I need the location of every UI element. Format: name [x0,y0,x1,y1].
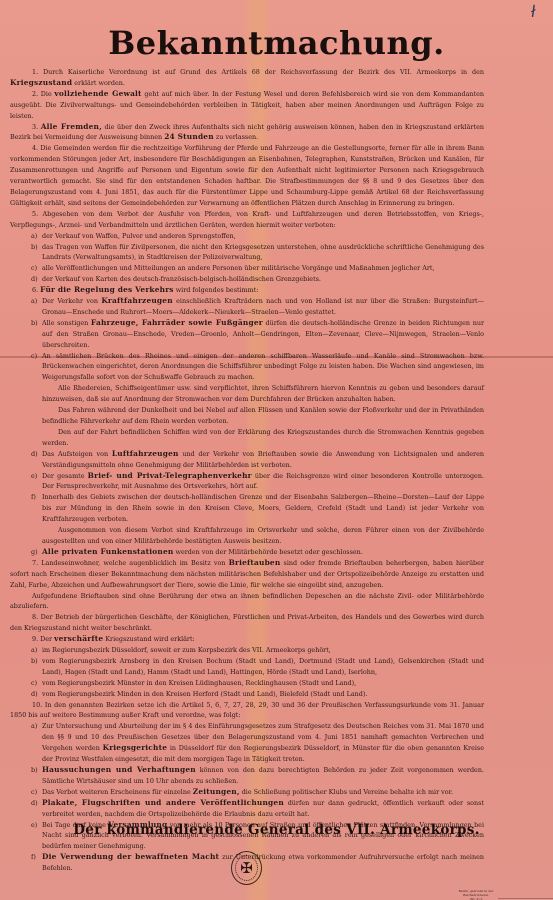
body-text: der Verkauf von Waffen, Pulver und ander… [42,232,236,240]
body-text: Kriegszustand wird erklärt: [103,635,194,643]
body-text: 7. Landeseinwohner, welche augenblicklic… [32,559,229,567]
body-text: Ausgenommen von diesem Verbot sind Kraft… [42,526,484,545]
body-text: Der gesamte [42,472,88,480]
proclamation-body: 1. Durch Kaiserliche Verordnung ist auf … [10,67,484,874]
paragraph: 2. Die vollziehende Gewalt geht auf mich… [10,89,484,122]
emphasis-text: Brieftauben [229,558,281,567]
body-text: Alle sonstigen [42,319,91,327]
seal-ring [235,855,258,881]
body-text: die Schließung politischer Klubs und Ver… [240,788,453,796]
body-text: 5. Abgesehen von dem Verbot der Ausfuhr … [10,210,484,229]
list-item: e)Der gesamte Brief- und Privat-Telegrap… [10,471,484,493]
paragraph: 1. Durch Kaiserliche Verordnung ist auf … [10,67,484,89]
item-label: e) [31,471,37,482]
emphasis-text: Haussuchungen und Verhaftungen [42,765,196,774]
emphasis-text: Brief- und Privat-Telegraphenverkehr [88,471,252,480]
item-label: f) [31,492,36,503]
emphasis-text: Alle privaten Funkenstationen [42,547,173,556]
emphasis-text: Die Verwendung der bewaffneten Macht [42,852,219,861]
item-label: f) [31,852,36,863]
emphasis-text: 24 Stunden [164,132,214,141]
body-text: der Verkauf von Karten des deutsch-franz… [42,275,321,283]
body-text: 9. Der [32,635,54,643]
list-item: b)das Tragen von Waffen für Zivilpersone… [10,242,484,264]
list-item: d)Das Aufsteigen von Luftfahrzeugen und … [10,449,484,471]
emphasis-text: verschärfte [54,634,103,643]
printer-imprint: Berlin, gedruckt in der Reichsdruckerei.… [446,889,506,900]
body-text: 10. In den genannten Bezirken setze ich … [10,701,484,720]
item-label: b) [31,242,38,253]
paragraph: Ausgenommen von diesem Verbot sind Kraft… [10,525,484,547]
body-text: 2. Die [32,90,54,98]
list-item: c)vom Regierungsbezirk Münster in den Kr… [10,678,484,689]
signature-line: Der kommandierende General des VII. Arme… [0,822,553,838]
emphasis-text: Kriegsgerichte [103,743,168,752]
list-item: a)im Regierungsbezirk Düsseldorf, soweit… [10,645,484,656]
imprint-line-1: Berlin, gedruckt in der Reichsdruckerei. [446,889,506,897]
paragraph: Aufgefundene Brieftauben sind ohne Berüh… [10,591,484,613]
paragraph: Das Fahren während der Dunkelheit und be… [10,405,484,427]
paragraph: 10. In den genannten Bezirken setze ich … [10,700,484,722]
list-item: d)Plakate, Flugschriften und andere Verö… [10,798,484,820]
margin-rule [498,898,553,899]
list-item: d)der Verkauf von Karten des deutsch-fra… [10,274,484,285]
paragraph: 6. Für die Regelung des Verkehrs wird fo… [10,285,484,296]
eagle-seal-icon: ✠ [231,851,262,885]
list-item: b)vom Regierungsbezirk Arnsberg in den K… [10,656,484,678]
paragraph: 5. Abgesehen von dem Verbot der Ausfuhr … [10,209,484,231]
body-text: 4. Die Gemeinden werden für die rechtzei… [10,144,484,207]
body-text: werden von der Militärbehörde besetzt od… [173,548,362,556]
emphasis-text: vollziehende Gewalt [54,89,141,98]
emphasis-text: Kriegszustand [10,78,72,87]
list-item: c)An sämtlichen Brücken des Rheines und … [10,351,484,384]
list-item: c)Das Verbot weiteren Erscheinens für ei… [10,787,484,798]
item-label: d) [31,274,38,285]
document-title: Bekanntmachung. [0,24,553,62]
item-label: a) [31,645,37,656]
emphasis-text: Luftfahrzeugen [112,449,179,458]
paragraph: 9. Der verschärfte Kriegszustand wird er… [10,634,484,645]
body-text: im Regierungsbezirk Düsseldorf, soweit e… [42,646,331,654]
body-text: Das Fahren während der Dunkelheit und be… [42,406,484,425]
handwritten-mark: ł [530,2,537,21]
body-text: alle Veröffentlichungen und Mitteilungen… [42,264,434,272]
item-label: d) [31,689,38,700]
list-item: a)der Verkauf von Waffen, Pulver und and… [10,231,484,242]
body-text: Das Aufsteigen von [42,450,112,458]
body-text: An sämtlichen Brücken des Rheines und ei… [42,352,484,382]
emphasis-text: Plakate, Flugschriften und andere Veröff… [42,798,284,807]
item-label: a) [31,231,37,242]
item-label: b) [31,318,38,329]
item-label: c) [31,678,37,689]
item-label: b) [31,765,38,776]
body-text: wird folgendes bestimmt: [174,286,259,294]
item-label: a) [31,721,37,732]
body-text: vom Regierungsbezirk Arnsberg in den Kre… [42,657,484,676]
paragraph: 4. Die Gemeinden werden für die rechtzei… [10,143,484,208]
item-label: d) [31,798,38,809]
item-label: c) [31,787,37,798]
list-item: c)alle Veröffentlichungen und Mitteilung… [10,263,484,274]
body-text: vom Regierungsbezirk Minden in den Kreis… [42,690,367,698]
paragraph: 8. Der Betrieb der bürgerlichen Geschäft… [10,612,484,634]
body-text: Innerhalb des Gebiets zwischen der deuts… [42,493,484,523]
list-item: a)Der Verkehr von Kraftfahrzeugen einsch… [10,296,484,318]
body-text: zu verlassen. [214,133,258,141]
emphasis-text: Für die Regelung des Verkehrs [40,285,174,294]
paragraph: 7. Landeseinwohner, welche augenblicklic… [10,558,484,591]
item-label: b) [31,656,38,667]
body-text: Alle Rhedereien, Schiffseigentümer usw. … [42,384,484,403]
body-text: Das Verbot weiteren Erscheinens für einz… [42,788,193,796]
list-item: f)Innerhalb des Gebiets zwischen der deu… [10,492,484,525]
body-text: 3. [32,123,41,131]
item-label: c) [31,263,37,274]
body-text: das Tragen von Waffen für Zivilpersonen,… [42,243,484,262]
body-text: Aufgefundene Brieftauben sind ohne Berüh… [10,592,484,611]
item-label: g) [31,547,38,558]
body-text: vom Regierungsbezirk Münster in den Krei… [42,679,356,687]
paragraph: Den auf der Fahrt befindlichen Schiffen … [10,427,484,449]
paragraph: 3. Alle Fremden, die über den Zweck ihre… [10,122,484,144]
paragraph: Alle Rhedereien, Schiffseigentümer usw. … [10,383,484,405]
body-text: 8. Der Betrieb der bürgerlichen Geschäft… [10,613,484,632]
body-text: Der Verkehr von [42,297,101,305]
body-text: Den auf der Fahrt befindlichen Schiffen … [42,428,484,447]
list-item: d)vom Regierungsbezirk Minden in den Kre… [10,689,484,700]
list-item: b)Haussuchungen und Verhaftungen können … [10,765,484,787]
item-label: c) [31,351,37,362]
body-text: erklärt worden. [72,79,125,87]
emphasis-text: Kraftfahrzeugen [101,296,172,305]
body-text: 1. Durch Kaiserliche Verordnung ist auf … [32,68,484,76]
list-item: a)Zur Untersuchung und Aburteilung der i… [10,721,484,765]
proclamation-sheet: ł Bekanntmachung. 1. Durch Kaiserliche V… [0,0,553,900]
list-item: b)Alle sonstigen Fahrzeuge, Fahrräder so… [10,318,484,351]
emphasis-text: Fahrzeuge, Fahrräder sowie Fußgänger [91,318,263,327]
emphasis-text: Zeitungen, [193,787,240,796]
body-text: 6. [32,286,40,294]
item-label: d) [31,449,38,460]
emphasis-text: Alle Fremden, [41,122,102,131]
list-item: g)Alle privaten Funkenstationen werden v… [10,547,484,558]
item-label: a) [31,296,37,307]
